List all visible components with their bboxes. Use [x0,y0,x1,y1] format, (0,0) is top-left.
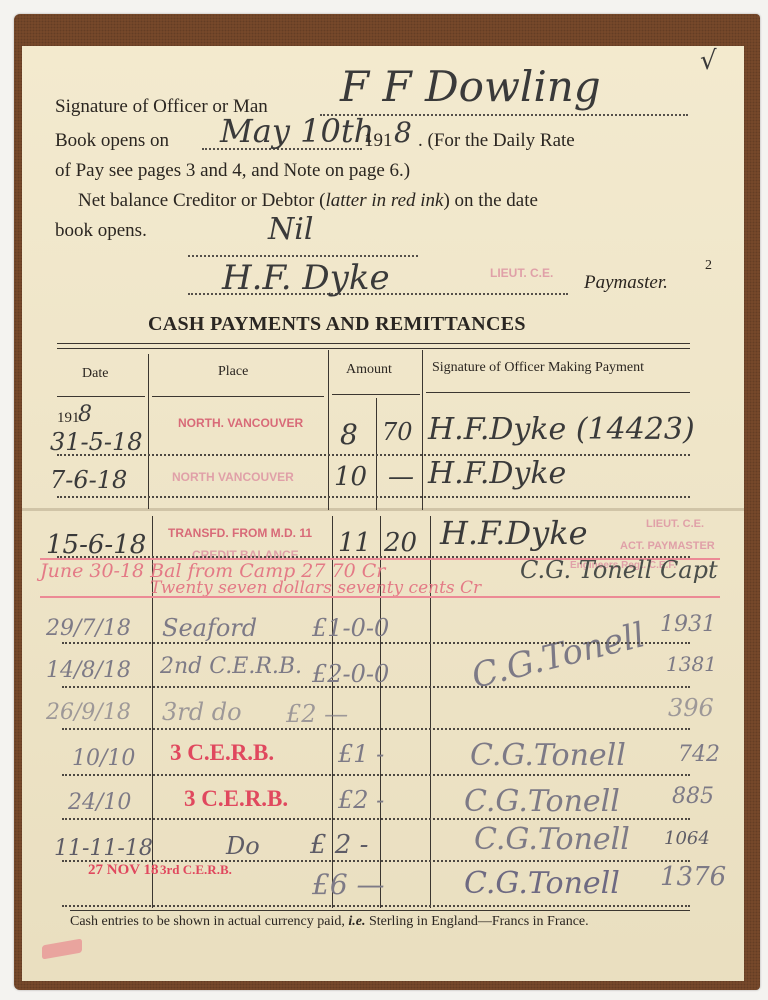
header-underline-place [152,396,324,397]
row-amount-major: 11 [338,528,371,558]
row-amount-major: 10 [334,462,367,492]
row-date: 31-5-18 [50,428,143,456]
row-amount: £2-0-0 [312,660,389,688]
paymaster-label: Paymaster. [584,272,668,294]
row-signature: C.G.Tonell [464,866,620,901]
row-signature: C.G.Tonell [464,784,620,819]
book-opens-label: Book opens on [55,130,169,152]
row-divider [62,774,690,776]
row-amount: £2 - [338,786,384,814]
red-ink-entry-2: Twenty seven dollars seventy cents Cr [150,578,481,598]
row-date: 26/9/18 [46,700,131,725]
row-signature: H.F.Dyke [440,514,588,552]
row-note: 1376 [660,862,726,892]
net-balance-value: Nil [268,212,313,247]
col-header-amount: Amount [346,362,392,378]
header-underline-date [57,396,145,397]
stamp-lieut: LIEUT. C.E. [646,518,704,530]
row-amount-major: 8 [340,418,358,451]
col-header-date: Date [82,366,108,382]
row-place: 2nd C.E.R.B. [160,654,302,679]
section-title: CASH PAYMENTS AND REMITTANCES [148,313,526,336]
table-bottom-rule [70,910,690,911]
book-opens-date: May 10th [220,112,374,150]
row-signature: H.F.Dyke [428,456,566,491]
row-place: Do [226,832,260,860]
table-top-rule [57,343,690,344]
balance-line [188,255,418,257]
net-balance-text-2: book opens. [55,220,147,242]
row-amount: £6 — [312,868,385,901]
row-date: 14/8/18 [46,658,131,683]
col-divider-1 [148,354,149,509]
row-signature: H.F.Dyke (14423) [428,412,695,447]
row-amount-minor: — [388,462,414,492]
row-date: 10/10 [72,746,135,771]
row-signature: C.G.Tonell [474,822,630,857]
book-opens-year-hand: 8 [394,116,412,149]
row-place: NORTH. VANCOUVER [178,416,303,430]
footer-note: Cash entries to be shown in actual curre… [70,914,589,930]
header-underline-sig [426,392,690,393]
row-amount: £1 - [338,740,384,768]
row-amount-minor: 70 [382,418,413,446]
page-fold [22,508,744,511]
table-top-rule-2 [57,348,690,349]
stamp-act-paymaster: ACT. PAYMASTER [620,540,715,552]
paymaster-stamp: LIEUT. C.E. [490,266,553,280]
col-divider-3 [422,350,423,510]
row-note: 1931 [660,612,716,637]
col-divider-2 [328,350,329,510]
row-note: 742 [678,742,720,767]
row-place: 3rd do [162,698,242,726]
row-place: TRANSFD. FROM M.D. 11 [168,526,312,540]
row-date: 29/7/18 [46,616,131,641]
col-header-place: Place [218,364,248,380]
row-signature: C.G.Tonell [470,738,626,773]
paymaster-signature: H.F. Dyke [222,258,390,298]
row-amount: £2 — [286,700,348,728]
book-opens-year: 191 [364,130,393,152]
year-print: 191 [57,410,80,427]
row-divider [62,686,690,688]
row-divider [57,454,690,456]
red-rule [40,596,720,598]
row-divider [57,496,690,498]
year-hand: 8 [78,402,92,427]
col-header-signature: Signature of Officer Making Payment [432,360,644,376]
row-date: 11-11-18 [54,836,153,861]
row-place: NORTH VANCOUVER [172,470,294,484]
header-underline-amount [332,394,420,395]
row-divider [62,642,690,644]
check-mark: √ [700,46,717,76]
row-date: 7-6-18 [50,466,127,494]
col-divider-3-lower [430,516,431,908]
daily-rate-note-2: of Pay see pages 3 and 4, and Note on pa… [55,160,410,182]
corner-mark: 2 [705,258,712,274]
row-place-stamp: 3 C.E.R.B. [184,786,288,812]
row-amount-minor: 20 [384,528,417,558]
row-divider [62,905,690,907]
row-amount: £1-0-0 [312,614,389,642]
signature-line [320,114,688,116]
row-note: 1381 [666,652,717,676]
row-signature: C.G. Tonell Capt [520,556,718,584]
row-date: 24/10 [68,790,131,815]
row-place-stamp: 3 C.E.R.B. [170,740,274,766]
signature-value: F F Dowling [340,62,601,111]
row-note: 396 [668,694,714,722]
row-divider [62,728,690,730]
row-divider [62,818,690,820]
row-amount: £ 2 - [310,830,368,860]
row-place-stamp: 3rd C.E.R.B. [160,862,232,878]
date-stamp: 27 NOV 18 [88,862,159,879]
row-place: Seaford [162,614,257,642]
row-note: 885 [672,784,714,809]
row-note: 1064 [664,828,710,849]
net-balance-text: Net balance Creditor or Debtor (latter i… [78,190,538,212]
daily-rate-note: . (For the Daily Rate [418,130,575,152]
